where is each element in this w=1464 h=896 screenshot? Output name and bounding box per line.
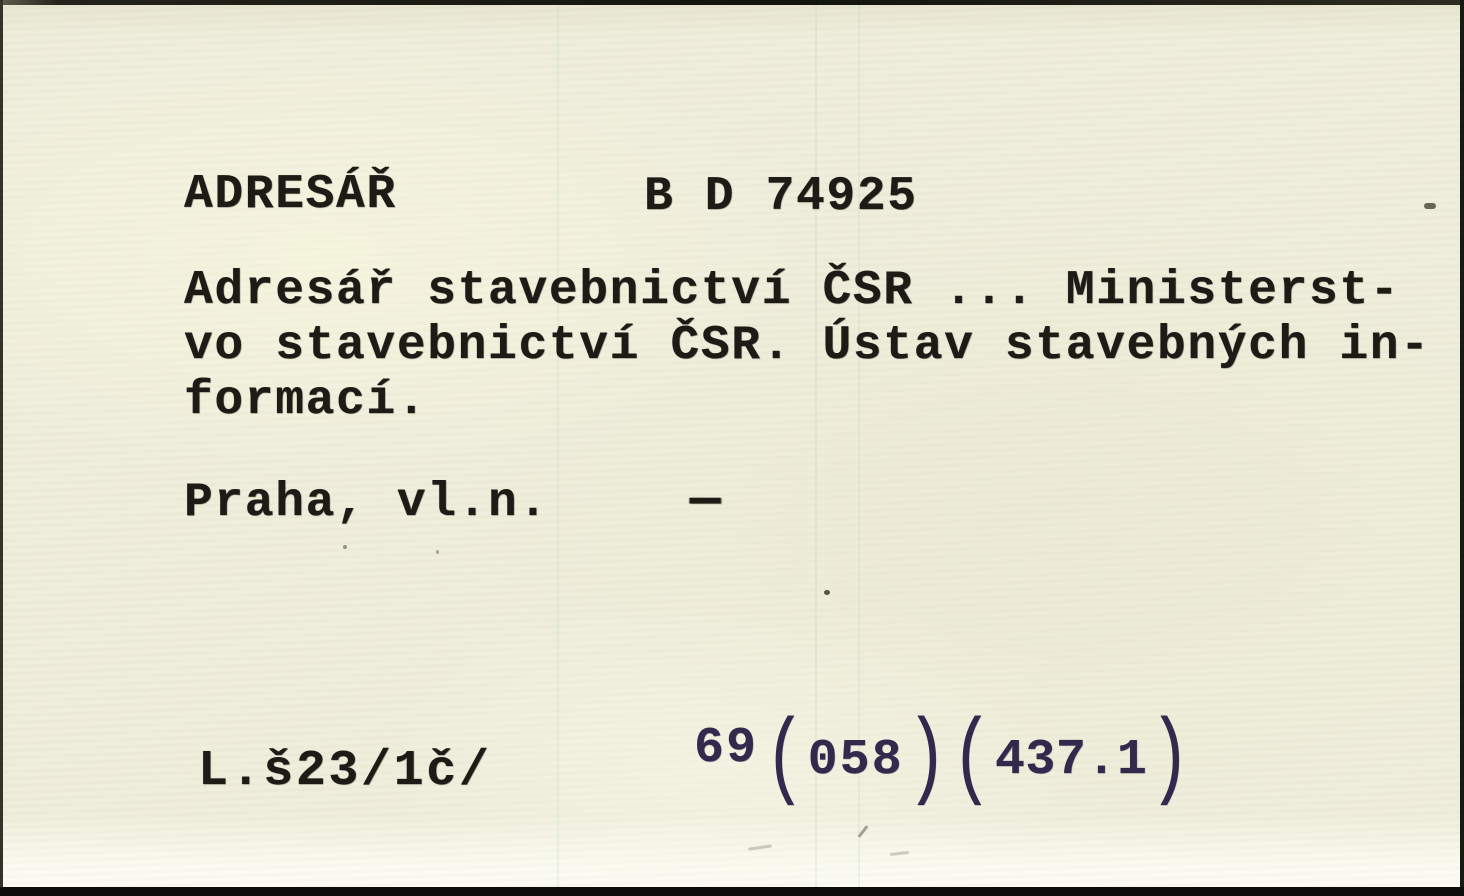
ink-speck — [436, 550, 439, 554]
signature-number: L.š23/1č/ — [198, 744, 491, 799]
scan-edge-top — [0, 0, 1464, 5]
card-paper: ADRESÁŘ B D 74925 Adresář stavebnictví Č… — [0, 0, 1464, 896]
udc-close-paren-1: ) — [906, 712, 947, 808]
udc-group-2: 437.1 — [995, 732, 1148, 789]
scan-artifact-line — [557, 0, 559, 896]
scan-edge-right — [1460, 0, 1464, 896]
pencil-mark — [890, 851, 909, 856]
scanned-catalog-card: ADRESÁŘ B D 74925 Adresář stavebnictví Č… — [0, 0, 1464, 896]
scan-edge-bottom — [0, 887, 1464, 896]
title-line: formací. — [184, 374, 1431, 429]
title-line: Adresář stavebnictví ČSR ... Ministerst- — [184, 264, 1431, 319]
udc-main-number: 69 — [694, 720, 758, 777]
udc-classification-number: 69 ( 058 ) ( 437.1 ) — [694, 708, 1193, 812]
imprint-dash: - — [672, 474, 742, 529]
udc-open-paren-2: ( — [951, 712, 992, 808]
imprint-place: Praha, vl.n. — [184, 476, 549, 531]
scan-edge-left — [0, 0, 3, 896]
title-statement: Adresář stavebnictví ČSR ... Ministerst-… — [184, 264, 1431, 429]
ink-speck — [1424, 203, 1436, 209]
udc-close-paren-2: ) — [1149, 712, 1190, 808]
ink-speck — [343, 545, 347, 549]
udc-open-paren-1: ( — [764, 712, 805, 808]
udc-group-1: 058 — [808, 732, 904, 789]
pencil-mark — [748, 844, 772, 850]
ink-speck — [824, 590, 830, 595]
title-line: vo stavebnictví ČSR. Ústav stavebných in… — [184, 319, 1431, 374]
accession-number: B D 74925 — [644, 170, 918, 225]
heading-text: ADRESÁŘ — [184, 168, 397, 223]
